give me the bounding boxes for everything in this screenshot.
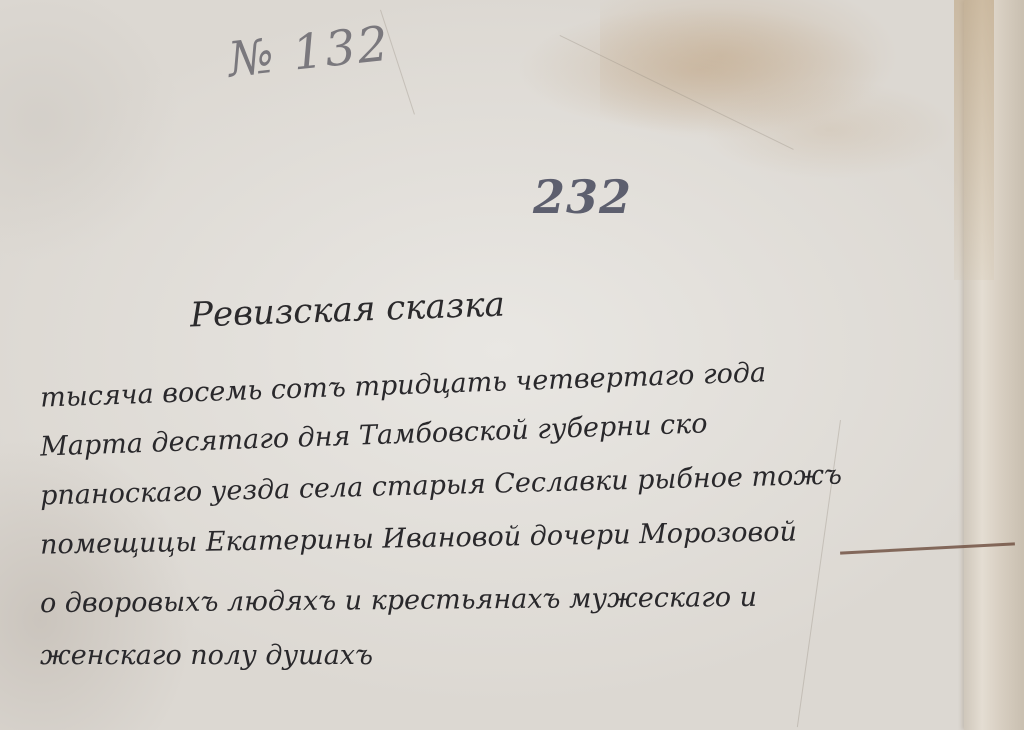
text-line-1: тысяча восемь сотъ тридцать четвертаго г…	[40, 357, 767, 413]
document-heading: Ревизская сказка	[189, 285, 505, 336]
text-line-6: женскаго полу душахъ	[40, 640, 373, 671]
new-folio-number: 232	[533, 170, 632, 224]
document-page: № 132 232 Ревизская сказка тысяча восемь…	[0, 0, 1024, 730]
text-line-4: помещицы Екатерины Ивановой дочери Мороз…	[40, 516, 797, 560]
text-line-2: Марта десятаго дня Тамбовской губерни ск…	[40, 408, 708, 462]
edge-stain	[954, 0, 994, 280]
text-line-5: о дворовыхъ людяхъ и крестьянахъ мужеска…	[40, 582, 757, 619]
water-stain	[600, 0, 900, 140]
text-line-3: рпаноскаго уезда села старыя Сеславки ры…	[40, 460, 843, 512]
old-folio-number: № 132	[226, 16, 393, 89]
